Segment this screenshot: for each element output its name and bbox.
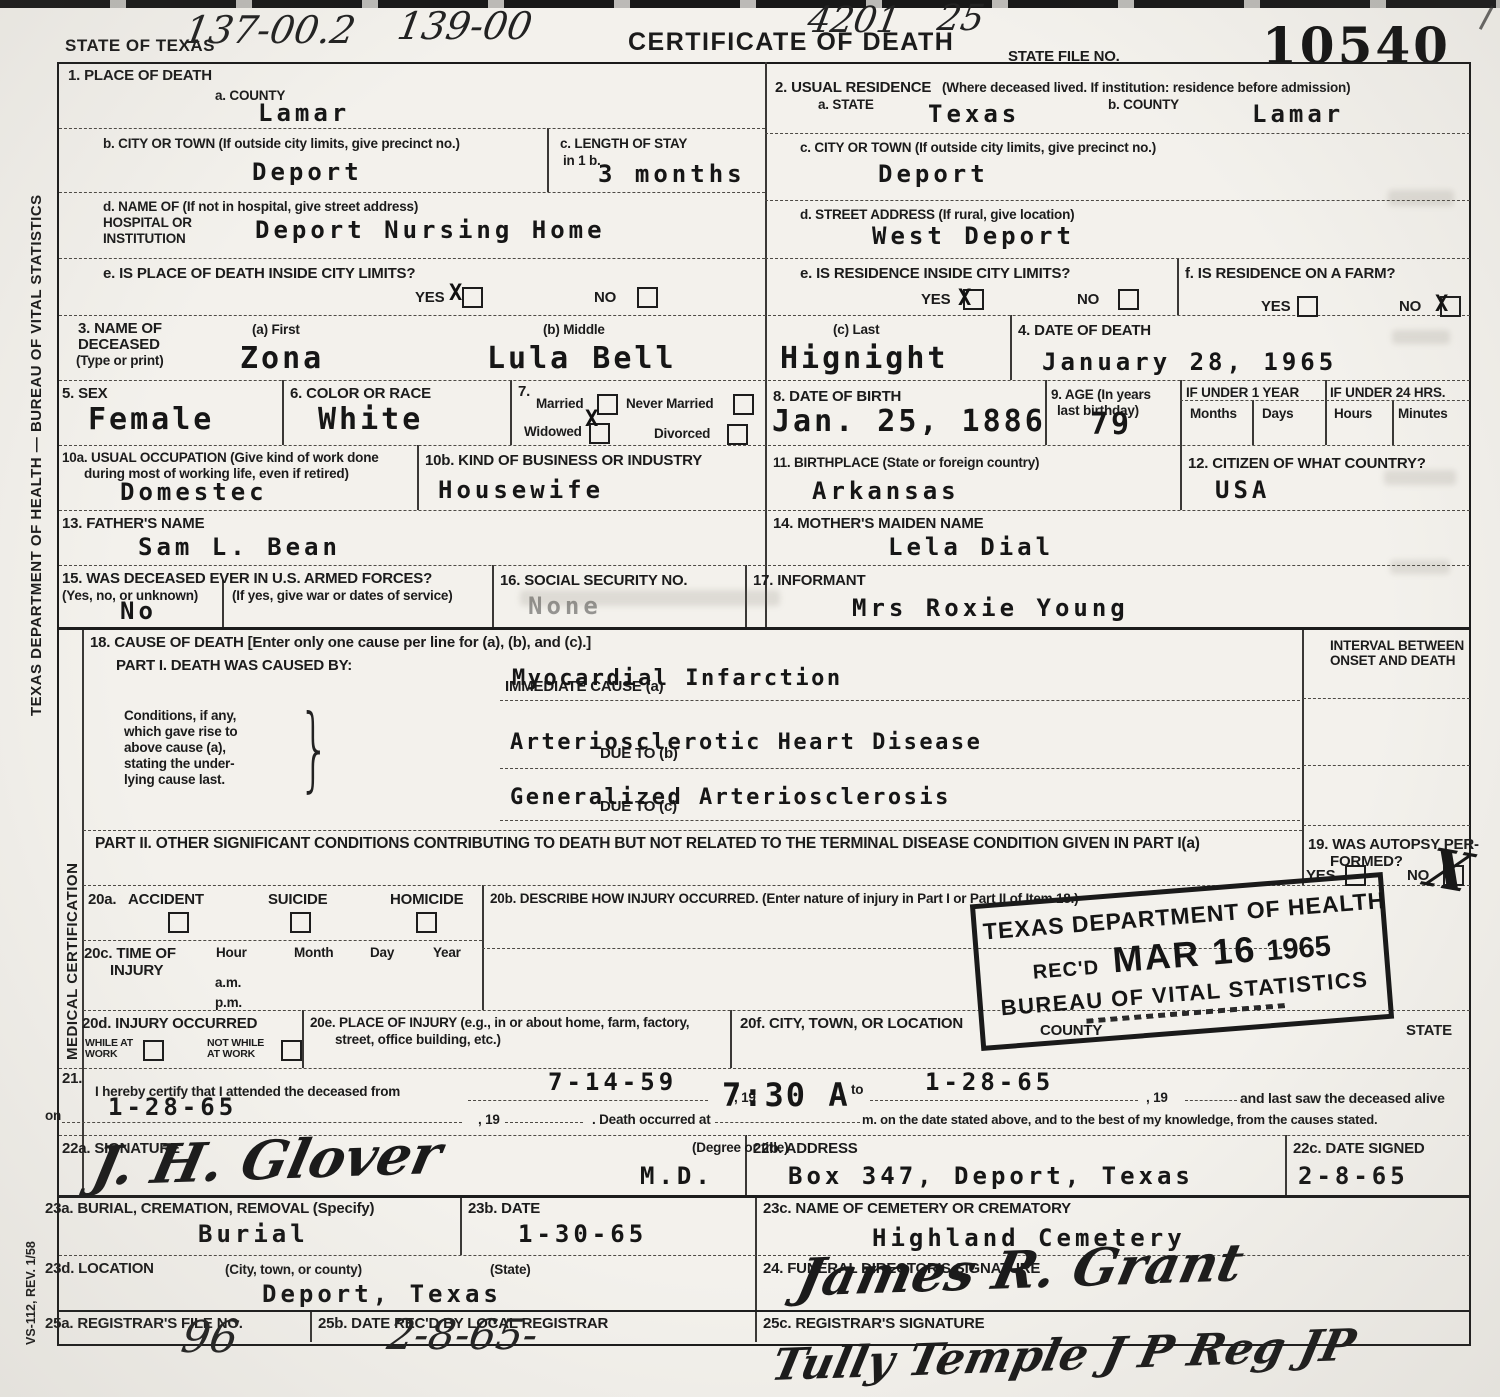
physician-signature: J. H. Glover [87,1122,448,1198]
conditions-note-2: which gave rise to [124,724,237,739]
divider [755,1310,757,1342]
citizen-value: USA [1215,476,1270,504]
due-to-c-value: Generalized Arteriosclerosis [510,785,951,810]
divider [1285,1135,1287,1195]
stamp-year-value: 1965 [1265,930,1332,967]
accident-label: ACCIDENT [128,891,204,908]
suicide-label: SUICIDE [268,891,327,908]
married-label: Married [536,396,583,411]
divider [1303,825,1470,826]
handwritten-number-2: 25 [934,0,987,39]
residence-farm-no-label: NO [1399,298,1421,315]
conditions-note-3: above cause (a), [124,740,226,755]
marital-status-label: 7. [518,383,530,400]
burial-date-label: 23b. DATE [468,1200,540,1217]
divider [59,1068,1470,1069]
stamp-recd-label: REC'D [1032,957,1100,984]
not-while-at-work-checkbox [281,1040,302,1061]
color-race-value: White [318,402,423,437]
residence-state-label: a. STATE [818,97,874,112]
month-label: Month [294,945,333,960]
bleed-through-smudge [1384,470,1456,485]
death-city-limits-yes-mark: X [449,281,462,306]
divider [59,510,1470,511]
date-of-birth-label: 8. DATE OF BIRTH [773,388,901,405]
bleed-through-smudge [1388,190,1454,206]
residence-farm-label: f. IS RESIDENCE ON A FARM? [1185,265,1395,282]
pm-label: p.m. [215,995,242,1010]
interval-label2: ONSET AND DEATH [1330,653,1455,668]
length-of-stay-label2: in 1 b. [563,153,601,168]
field-underline [1185,1100,1237,1101]
date-signed-value: 2-8-65 [1298,1162,1409,1190]
to-word: to [851,1082,863,1097]
divider [417,445,419,510]
residence-county-label: b. COUNTY [1108,97,1179,112]
divider [83,940,482,941]
hours-label: Hours [1334,406,1372,421]
occupation-label: 10a. USUAL OCCUPATION (Give kind of work… [62,450,379,465]
name-of-deceased-label2: DECEASED [78,336,160,353]
divider [1325,380,1327,445]
usual-residence-note: (Where deceased lived. If institution: r… [942,80,1350,95]
date-signed-label: 22c. DATE SIGNED [1293,1140,1425,1157]
street-address-label: d. STREET ADDRESS (If rural, give locati… [800,207,1074,222]
registrar-signature-label: 25c. REGISTRAR'S SIGNATURE [763,1315,984,1332]
death-city-limits-yes-checkbox [462,287,483,308]
pen-stray-mark [1479,6,1500,37]
days-label: Days [1262,406,1293,421]
divider [59,315,1470,316]
accident-checkbox [168,912,189,933]
business-industry-value: Housewife [438,476,604,504]
sex-label: 5. SEX [62,385,108,402]
year-19-blank-c: , 19 [478,1112,500,1127]
date-recd-registrar-value: 2-8-65- [384,1310,542,1359]
burial-date-value: 1-30-65 [518,1220,647,1248]
field-underline [870,1100,1138,1101]
divider [765,133,1470,134]
minutes-label: Minutes [1398,406,1448,421]
stamp-date-value: MAR 16 [1111,928,1258,980]
divider [302,1010,304,1068]
divider [765,200,1470,201]
street-address-value: West Deport [872,222,1075,250]
cause-of-death-title: 18. CAUSE OF DEATH [Enter only one cause… [90,634,591,651]
autopsy-label2: FORMED? [1330,853,1403,870]
age-value: 79 [1090,407,1132,442]
divider [1177,258,1179,315]
divider [1303,765,1470,766]
name-of-deceased-label: 3. NAME OF [78,320,162,337]
cemetery-label: 23c. NAME OF CEMETERY OR CREMATORY [763,1200,1071,1217]
hospital-label: d. NAME OF (If not in hospital, give str… [103,199,418,214]
usual-residence-title: 2. USUAL RESIDENCE [775,79,931,96]
hospital-label3: INSTITUTION [103,231,186,246]
burial-location-label: 23d. LOCATION [45,1260,154,1277]
death-city-limits-label: e. IS PLACE OF DEATH INSIDE CITY LIMITS? [103,265,415,282]
divider [59,192,765,193]
field-underline [505,1122,583,1123]
left-margin-agency-text: TEXAS DEPARTMENT OF HEALTH — BUREAU OF V… [28,194,45,716]
death-city-limits-no-label: NO [594,289,616,306]
armed-forces-label: 15. WAS DECEASED EVER IN U.S. ARMED FORC… [62,570,432,587]
middle-name-label: (b) Middle [543,322,605,337]
divorced-label: Divorced [654,426,710,441]
hospital-value: Deport Nursing Home [255,216,606,244]
last-name-label: (c) Last [833,322,879,337]
death-city-limits-yes-label: YES [415,289,444,306]
armed-forces-sub2: (If yes, give war or dates of service) [232,588,453,603]
divider [59,1310,1470,1312]
field-underline [500,700,1300,701]
handwritten-number-1: 4201 [804,0,903,41]
never-married-label: Never Married [626,396,713,411]
ssn-label: 16. SOCIAL SECURITY NO. [500,572,687,589]
divider [1252,400,1254,445]
residence-city-limits-yes-label: YES [921,291,950,308]
divider [222,580,224,628]
immediate-cause-value: Myocardial Infarction [512,666,843,691]
on-word: on [45,1108,61,1123]
divider [59,128,765,129]
divider [547,128,549,192]
interval-label: INTERVAL BETWEEN [1330,638,1464,653]
if-under-1-year-label: IF UNDER 1 YEAR [1186,385,1299,400]
conditions-note-1: Conditions, if any, [124,708,236,723]
time-of-injury-label2: INJURY [110,962,163,979]
residence-city-label: c. CITY OR TOWN (If outside city limits,… [800,140,1156,155]
if-under-24-hrs-label: IF UNDER 24 HRS. [1330,385,1445,400]
first-name-label: (a) First [252,322,300,337]
brace-glyph: } [298,695,330,802]
bleed-through-smudge [520,590,780,606]
while-at-work-checkbox [143,1040,164,1061]
divider [460,1195,462,1255]
residence-city-limits-label: e. IS RESIDENCE INSIDE CITY LIMITS? [800,265,1070,282]
burial-location-sub1: (City, town, or county) [225,1262,362,1277]
residence-city-value: Deport [878,160,989,188]
last-saw-date-value: 1-28-65 [108,1093,237,1121]
scan-edge-strip [0,0,1500,8]
color-race-label: 6. COLOR OR RACE [290,385,431,402]
place-of-injury-label: 20e. PLACE OF INJURY (e.g., in or about … [310,1015,689,1030]
widowed-label: Widowed [524,424,582,439]
am-label: a.m. [215,975,241,990]
bleed-through-smudge [1390,560,1450,574]
death-certificate-scan: STATE OF TEXAS 137-00.2 139-00 CERTIFICA… [0,0,1500,1397]
medical-certification-vertical-label: MEDICAL CERTIFICATION [64,863,81,1060]
burial-location-value: Deport, Texas [262,1280,502,1308]
death-city-limits-no-checkbox [637,287,658,308]
length-of-stay-label: c. LENGTH OF STAY [560,136,687,151]
year-label: Year [433,945,461,960]
divider [1392,400,1394,445]
fathers-name-label: 13. FATHER'S NAME [62,515,204,532]
physician-address-value: Box 347, Deport, Texas [788,1162,1194,1190]
divider [765,258,1470,259]
divider [59,1195,1470,1198]
middle-name-value: Lula Bell [487,341,677,376]
date-of-death-label: 4. DATE OF DEATH [1018,322,1151,339]
city-town-label: b. CITY OR TOWN (If outside city limits,… [103,136,460,151]
field-underline [500,768,1300,769]
injury-occurred-label: 20d. INJURY OCCURRED [82,1015,257,1032]
date-of-death-value: January 28, 1965 [1042,348,1337,376]
divider [1180,400,1470,401]
field-underline [500,820,1300,821]
divider [83,830,1302,831]
city-town-value: Deport [252,158,363,186]
business-industry-label: 10b. KIND OF BUSINESS OR INDUSTRY [425,452,702,469]
sex-value: Female [88,402,214,437]
informant-label: 17. INFORMANT [753,572,865,589]
year-19-blank-b: , 19 [1146,1090,1168,1105]
degree-value: M.D. [640,1162,714,1190]
mothers-maiden-name-label: 14. MOTHER'S MAIDEN NAME [773,515,983,532]
never-married-checkbox [733,394,754,415]
last-name-value: Hignight [780,341,949,376]
informant-value: Mrs Roxie Young [852,594,1129,622]
burial-cremation-value: Burial [198,1220,309,1248]
place-of-injury-label2: street, office building, etc.) [335,1032,501,1047]
time-of-injury-label: 20c. TIME OF [84,945,176,962]
certify-section-number: 21. [62,1070,82,1087]
field-underline [715,1122,860,1123]
handwritten-code-2: 139-00 [394,4,535,48]
residence-farm-no-mark: X [1435,292,1448,317]
injury-state-label: STATE [1406,1022,1452,1039]
divider [1010,315,1012,380]
field-underline [468,1100,708,1101]
homicide-checkbox [416,912,437,933]
county-value: Lamar [258,99,350,127]
attended-from-value: 7-14-59 [548,1068,677,1096]
birthplace-label: 11. BIRTHPLACE (State or foreign country… [773,455,1039,470]
divider [59,445,1470,446]
divider [59,1255,1470,1256]
certificate-title: CERTIFICATE OF DEATH [628,28,954,57]
divorced-checkbox [727,424,748,445]
part2-label: PART II. OTHER SIGNIFICANT CONDITIONS CO… [95,835,1200,853]
not-while-at-work-label2: AT WORK [207,1049,255,1060]
age-label: 9. AGE (In years [1051,387,1151,402]
part1-label: PART I. DEATH WAS CAUSED BY: [116,657,352,674]
divider [765,62,767,628]
burial-cremation-label: 23a. BURIAL, CREMATION, REMOVAL (Specify… [45,1200,374,1217]
residence-farm-yes-checkbox [1297,296,1318,317]
injury-city-label: 20f. CITY, TOWN, OR LOCATION [740,1015,963,1032]
residence-city-limits-no-checkbox [1118,289,1139,310]
death-occurred-at-label: . Death occurred at [592,1112,711,1127]
residence-farm-yes-label: YES [1261,298,1290,315]
conditions-note-5: lying cause last. [124,772,225,787]
accident-section-number: 20a. [88,891,116,908]
mothers-maiden-name-value: Lela Dial [888,533,1054,561]
first-name-value: Zona [240,341,324,376]
residence-state-value: Texas [928,100,1020,128]
time-of-death-value: 7:30 A [722,1076,850,1114]
divider [282,380,284,445]
residence-county-value: Lamar [1252,100,1344,128]
type-or-print-label: (Type or print) [76,353,164,368]
last-saw-alive-text: and last saw the deceased alive [1240,1090,1445,1106]
hour-label: Hour [216,945,247,960]
physician-address-label: 22b. ADDRESS [753,1140,858,1157]
medical-section-top-border [59,627,1470,630]
suicide-checkbox [290,912,311,933]
date-of-birth-value: Jan. 25, 1886 [772,404,1046,439]
divider [1303,698,1470,699]
divider [59,565,1470,566]
divider [310,1310,312,1342]
divider [510,380,512,445]
while-at-work-label2: WORK [85,1049,117,1060]
divider [755,1195,757,1310]
handwritten-code-1: 137-00.2 [181,8,359,52]
place-of-death-title: 1. PLACE OF DEATH [68,67,212,84]
attended-to-value: 1-28-65 [925,1068,1054,1096]
residence-city-limits-no-label: NO [1077,291,1099,308]
widowed-mark: X [585,407,598,432]
day-label: Day [370,945,394,960]
divider [730,1010,732,1068]
homicide-label: HOMICIDE [390,891,463,908]
months-label: Months [1190,406,1237,421]
divider [492,565,494,628]
length-of-stay-value: 3 months [598,160,746,188]
married-checkbox [597,394,618,415]
certify-statement-tail: m. on the date stated above, and to the … [862,1112,1377,1127]
occupation-value: Domestec [120,478,268,506]
hospital-label2: HOSPITAL OR [103,215,192,230]
conditions-note-4: stating the under- [124,756,234,771]
burial-location-sub2: (State) [490,1262,531,1277]
divider [59,380,1470,381]
due-to-b-value: Arteriosclerotic Heart Disease [510,730,982,755]
armed-forces-value: No [120,597,157,625]
fathers-name-value: Sam L. Bean [138,533,341,561]
divider [1302,628,1304,885]
divider [82,628,84,1195]
divider [59,258,765,259]
form-number-label: VS-112, REV. 1/58 [24,1241,38,1345]
residence-city-limits-yes-mark: X [958,286,971,311]
registrar-file-no-value: 96 [178,1312,243,1363]
birthplace-value: Arkansas [812,477,960,505]
bleed-through-smudge [1392,330,1450,344]
